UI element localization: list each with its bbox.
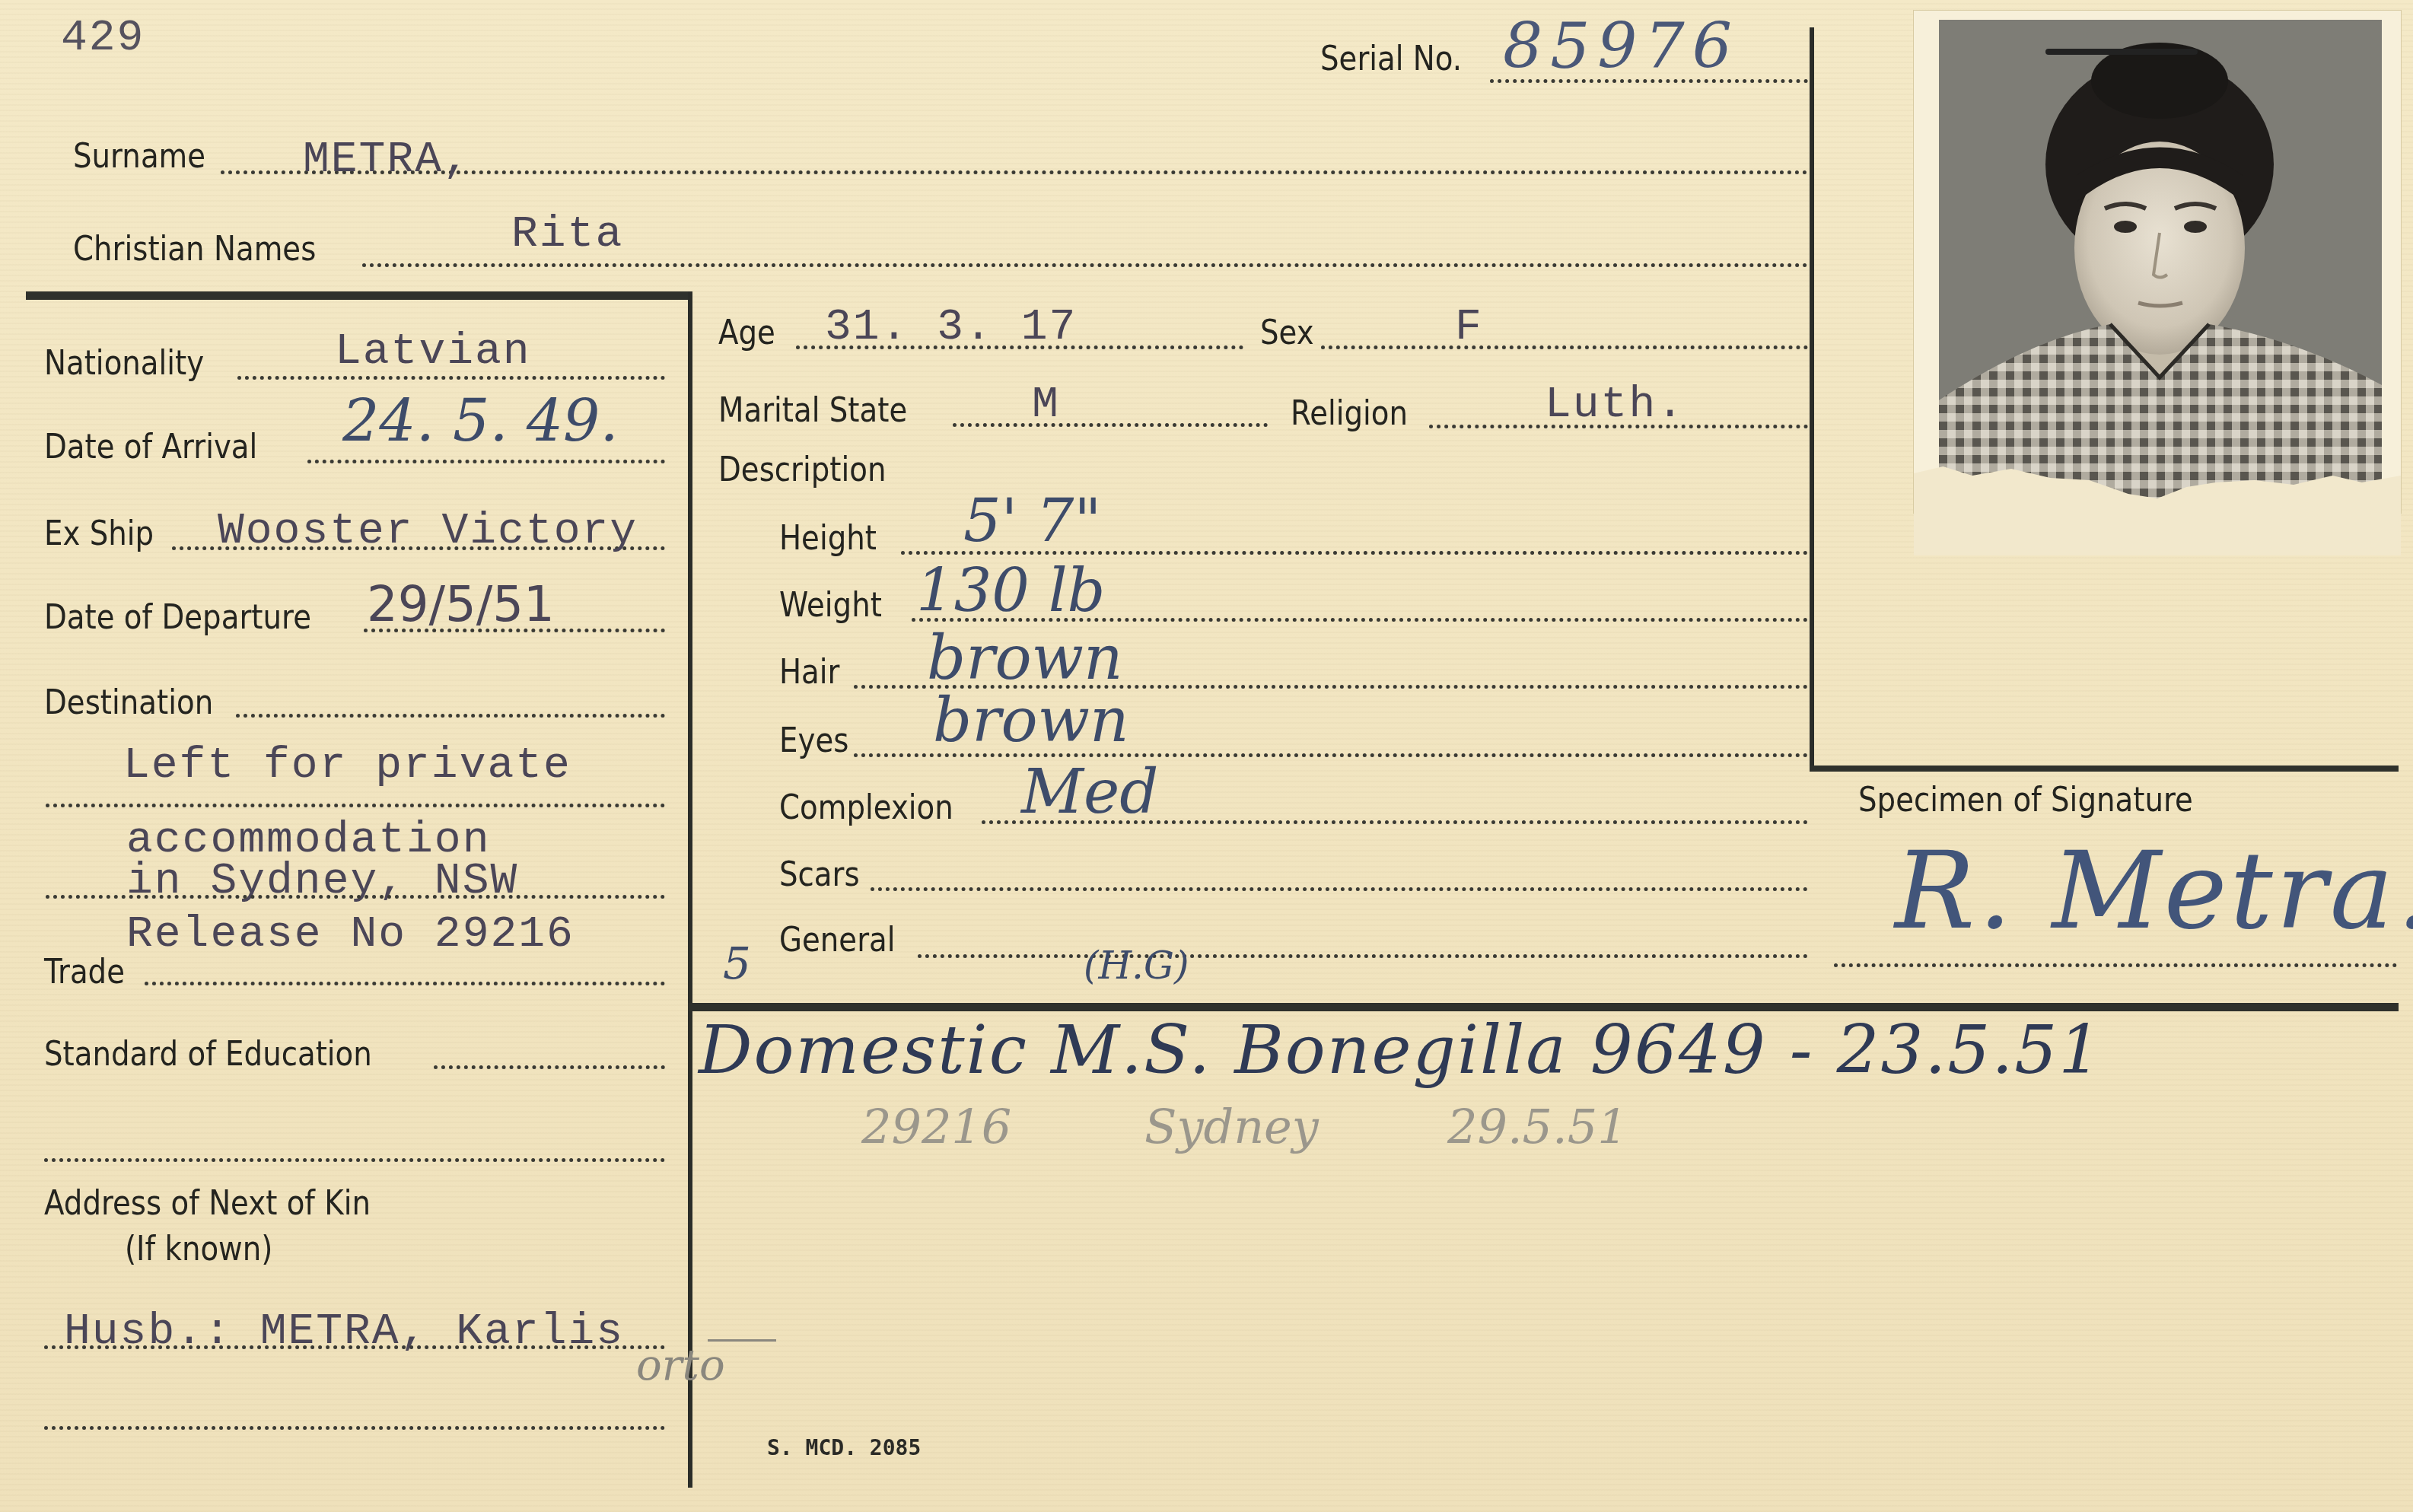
eyes-label: Eyes [779,721,848,760]
index-number: 429 [61,14,145,63]
age-label: Age [718,314,775,352]
marital-dotted-line [953,423,1268,427]
weight-label: Weight [779,586,882,625]
serial-label: Serial No. [1320,40,1462,78]
serial-value: 85976 [1503,11,1740,83]
margin-mark: 5 [723,937,751,989]
next-of-kin-sublabel: (If known) [125,1230,272,1268]
sex-value: F [1455,303,1483,352]
departure-value: 29/5/51 [367,577,555,633]
signature-label: Specimen of Signature [1858,781,2193,820]
destination-dotted-line [236,714,665,718]
trade-dotted-line [145,982,665,985]
hair-value: brown [927,622,1123,693]
arrival-value: 24. 5. 49. [342,387,619,454]
height-value: 5' 7" [963,487,1101,555]
education-dotted-line [434,1065,665,1069]
left-top-thick-rule [26,291,691,300]
christian-names-label: Christian Names [73,230,316,269]
religion-value: Luth. [1545,380,1685,430]
destination-line-3: in Sydney, NSW [126,857,518,906]
height-label: Height [779,519,877,558]
scars-label: Scars [779,855,860,894]
sex-label: Sex [1260,314,1314,352]
christian-names-dotted-line [362,263,1808,267]
form-code: S. MCD. 2085 [767,1435,921,1460]
next-of-kin-value: Husb.: METRA, Karlis [64,1307,624,1357]
migrant-registration-card: 429 Serial No. 85976 Surname METRA, Chri… [0,0,2413,1512]
age-value: 31. 3. 17 [825,303,1077,352]
departure-label: Date of Departure [44,598,311,637]
hg-mark: (H.G) [1084,944,1189,988]
signature-value: R. Metra. [1895,829,2413,953]
complexion-label: Complexion [779,788,953,827]
nationality-label: Nationality [44,344,204,383]
surname-value: METRA, [303,135,471,185]
pencil-note-date: 29.5.51 [1447,1099,1628,1154]
ship-value: Wooster Victory [218,507,638,556]
pencil-note-release-no: 29216 [861,1099,1011,1154]
column-divider-rule [688,291,692,1488]
destination-dotted-line-3 [46,895,665,899]
annotation-stroke [708,1339,776,1342]
next-of-kin-dotted-line-2 [44,1426,665,1430]
nationality-value: Latvian [335,327,531,377]
name-area-right-rule [1810,27,1814,772]
surname-label: Surname [73,137,205,176]
education-dotted-line-2 [44,1158,665,1162]
marital-value: M [1032,380,1060,430]
religion-label: Religion [1291,394,1408,433]
arrival-dotted-line [307,460,665,463]
photo-box-bottom-rule [1810,766,2399,772]
weight-value: 130 lb [916,557,1106,625]
complexion-value: Med [1021,756,1158,827]
arrival-label: Date of Arrival [44,428,257,466]
sex-dotted-line [1321,345,1808,349]
hair-label: Hair [779,653,840,692]
next-of-kin-annotation: orto [636,1341,725,1390]
general-label: General [779,921,896,960]
marital-label: Marital State [718,391,907,430]
destination-line-1: Left for private [123,741,571,791]
pen-note: Domestic M.S. Bonegilla 9649 - 23.5.51 [699,1011,2103,1089]
pencil-note-place: Sydney [1144,1099,1319,1154]
description-label: Description [718,450,887,489]
destination-dotted-line-2 [46,804,665,807]
next-of-kin-label: Address of Next of Kin [44,1184,371,1223]
scars-dotted-line [871,887,1808,891]
education-label: Standard of Education [44,1035,372,1074]
destination-line-4: Release No 29216 [126,910,575,960]
eyes-value: brown [933,685,1129,756]
ship-label: Ex Ship [44,514,154,553]
trade-label: Trade [44,953,125,992]
portrait-image-icon [1939,20,2382,507]
next-of-kin-dotted-line [44,1345,665,1349]
signature-dotted-line [1834,963,2397,967]
general-dotted-line [918,954,1808,958]
christian-names-value: Rita [511,210,623,259]
portrait-photo [1939,20,2382,507]
destination-label: Destination [44,683,213,722]
